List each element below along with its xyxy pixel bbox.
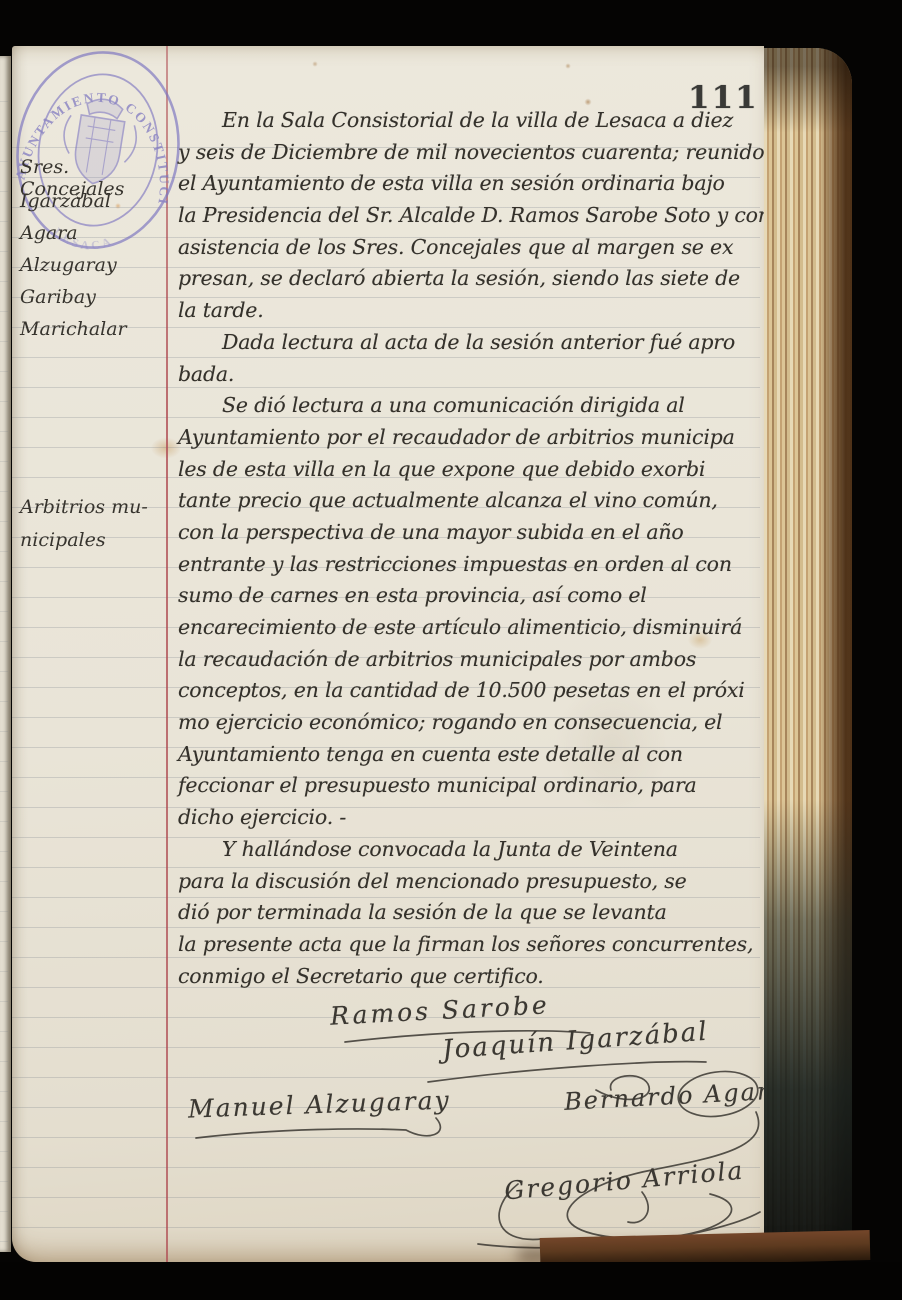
handwritten-line: Ayuntamiento tenga en cuenta este detall… [178,742,778,774]
handwritten-line: tante precio que actualmente alcanza el … [178,488,778,520]
margin-councilor-name: Marichalar [20,318,170,350]
margin-subject-line: Arbitrios mu- [20,496,148,529]
minutes-body-text: En la Sala Consistorial de la villa de L… [178,108,778,995]
book-fore-edge-pages [764,48,852,1260]
handwritten-line: bada. [178,362,778,394]
handwritten-line: encarecimiento de este artículo alimenti… [178,615,778,647]
margin-councilor-name: Agara [20,222,170,254]
ledger-book-photo: AYUNTAMIENTO CONSTITUCIONAL DE LESACA 11… [0,0,902,1300]
ruled-lines [0,72,8,1246]
handwritten-line: sumo de carnes en esta provincia, así co… [178,583,778,615]
handwritten-line: la tarde. [178,298,778,330]
handwritten-line: feccionar el presupuesto municipal ordin… [178,773,778,805]
handwritten-line: Se dió lectura a una comunicación dirigi… [178,393,778,425]
handwritten-line: conmigo el Secretario que certifico. [178,964,778,996]
margin-councilor-name: Igarzábal [20,190,170,222]
handwritten-line: dió por terminada la sesión de la que se… [178,900,778,932]
photo-background [0,1262,902,1300]
handwritten-line: el Ayuntamiento de esta villa en sesión … [178,171,778,203]
handwritten-line: Dada lectura al acta de la sesión anteri… [178,330,778,362]
handwritten-line: para la discusión del mencionado presupu… [178,869,778,901]
margin-subject-note: Arbitrios mu-nicipales [20,496,148,562]
handwritten-line: entrante y las restricciones impuestas e… [178,552,778,584]
handwritten-line: asistencia de los Sres. Concejales que a… [178,235,778,267]
margin-councilors-list: IgarzábalAgaraAlzugarayGaribayMarichalar [20,190,170,350]
margin-councilor-name: Garibay [20,286,170,318]
handwritten-line: la Presidencia del Sr. Alcalde D. Ramos … [178,203,778,235]
ledger-page: AYUNTAMIENTO CONSTITUCIONAL DE LESACA 11… [12,46,764,1262]
signature-agara: Bernardo Agara [563,1076,787,1116]
handwritten-line: Y hallándose convocada la Junta de Veint… [178,837,778,869]
margin-councilors-heading: Sres. Concejales [20,156,170,190]
handwritten-line: la recaudación de arbitrios municipales … [178,647,778,679]
signature-arriola: Gregorio Arriola [503,1156,745,1206]
handwritten-line: presan, se declaró abierta la sesión, si… [178,266,778,298]
handwritten-line: con la perspectiva de una mayor subida e… [178,520,778,552]
margin-councilor-name: Alzugaray [20,254,170,286]
handwritten-line: conceptos, en la cantidad de 10.500 pese… [178,678,778,710]
handwritten-line: dicho ejercicio. - [178,805,778,837]
handwritten-line: y seis de Diciembre de mil novecientos c… [178,140,778,172]
handwritten-line: En la Sala Consistorial de la villa de L… [178,108,778,140]
handwritten-line: la presente acta que la firman los señor… [178,932,778,964]
signature-igarzabal: Joaquín Igarzábal [441,1017,709,1066]
margin-notes: Sres. Concejales IgarzábalAgaraAlzugaray… [20,156,170,350]
signature-alzugaray: Manuel Alzugaray [188,1085,452,1123]
handwritten-line: mo ejercicio económico; rogando en conse… [178,710,778,742]
margin-subject-line: nicipales [20,529,148,562]
handwritten-line: les de esta villa en la que expone que d… [178,457,778,489]
handwritten-line: Ayuntamiento por el recaudador de arbitr… [178,425,778,457]
signature-mayor: Ramos Sarobe [329,990,550,1030]
